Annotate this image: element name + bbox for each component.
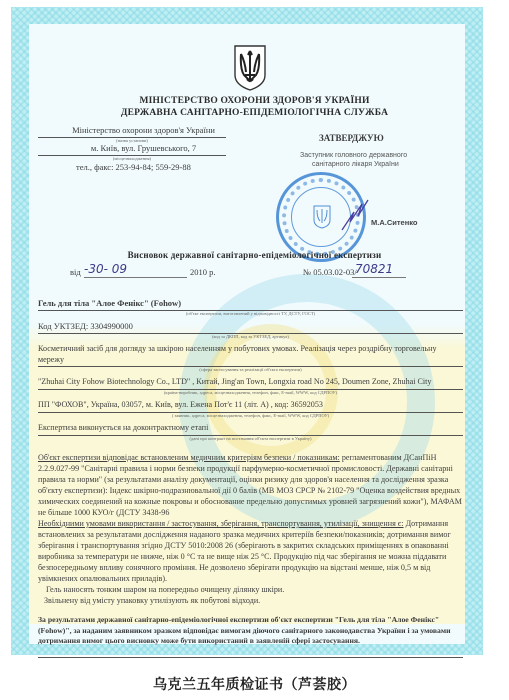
ukraine-trident-icon (233, 45, 267, 91)
applicant: ПП "ФОХОВ", Україна, 03057, м. Київ, вул… (38, 400, 323, 409)
signature-icon (340, 198, 370, 232)
chinese-caption: 乌克兰五年质检证书（芦荟胶） (0, 674, 509, 694)
usage-instructions: Гель наносять тонким шаром на попередньо… (46, 584, 463, 595)
service-title: ДЕРЖАВНА САНІТАРНО-ЕПІДЕМІОЛОГІЧНА СЛУЖБ… (0, 108, 509, 118)
compliance-text: регламентованим ДСанПіН 2.2.9.027-99 "Са… (38, 453, 462, 517)
date-prefix: від (70, 267, 81, 277)
conditions-paragraph: Необхідними умовами використання / засто… (38, 518, 463, 585)
compliance-lead: Об'єкт експертизи відповідає встановлени… (38, 453, 340, 462)
compliance-paragraph: Об'єкт експертизи відповідає встановлени… (38, 452, 463, 519)
field-caption: (об'єкт експертизи, виготовлений у відпо… (38, 311, 463, 316)
field-caption: (код за ДКПП, код за УКТЗЕД, артикул) (38, 334, 463, 339)
field-caption: (країна-виробник, адреса, місцезнаходжен… (38, 390, 463, 395)
field-caption: ( заявник, адреса, місцезнаходження, тел… (38, 413, 463, 418)
divider (352, 277, 406, 278)
application-scope-line2: мережу (38, 355, 64, 364)
manufacturer: "Zhuhai City Fohow Biotechnology Co., LT… (38, 377, 431, 386)
approval-position-line2: санітарного лікаря України (312, 161, 399, 168)
signatory-name: М.А.Ситенко (371, 218, 417, 227)
conditions-text: Дотримання встановлених за результатами … (38, 519, 451, 583)
approval-title: ЗАТВЕРДЖУЮ (319, 133, 384, 143)
contract-info: Експертиза виконується на доконтрактному… (38, 423, 208, 432)
disposal-instructions: Звільнену від умісту упаковку утилізують… (44, 595, 461, 606)
expertise-object: Гель для тіла "Алое Фенікс" (Fohow) (38, 298, 181, 308)
date-year: 2010 р. (190, 267, 216, 277)
divider (84, 277, 187, 278)
date-handwritten: -30- 09 (84, 262, 127, 276)
application-scope-line1: Косметичний засіб для догляду за шкірою … (38, 344, 437, 353)
uktzed-code: Код УКТЗЕД: 3304990000 (38, 321, 133, 331)
issuer-institution: Міністерство охорони здоров'я України (62, 125, 225, 135)
approval-position-line1: Заступник головного державного (300, 152, 407, 159)
field-caption: (сфера застосування та реалізації об'єкт… (38, 367, 463, 372)
conditions-lead: Необхідними умовами використання / засто… (38, 519, 404, 528)
issuer-phone: тел., факс: 253-94-84; 559-29-88 (76, 162, 191, 172)
number-handwritten: 70821 (355, 262, 393, 276)
conclusion-title: Висновок державної санітарно-епідеміолог… (0, 250, 509, 260)
final-statement: За результатами державної санітарно-епід… (38, 615, 463, 647)
divider (38, 657, 463, 658)
issuer-address: м. Київ, вул. Грушевського, 7 (62, 143, 225, 153)
field-caption: (місцезнаходження) (38, 156, 226, 161)
ministry-title: МІНІСТЕРСТВО ОХОРОНИ ЗДОРОВ'Я УКРАЇНИ (0, 96, 509, 106)
number-prefix: № 05.03.02-03/ (303, 267, 357, 277)
field-caption: (дані про контракт на постачання об'єкта… (38, 436, 463, 441)
